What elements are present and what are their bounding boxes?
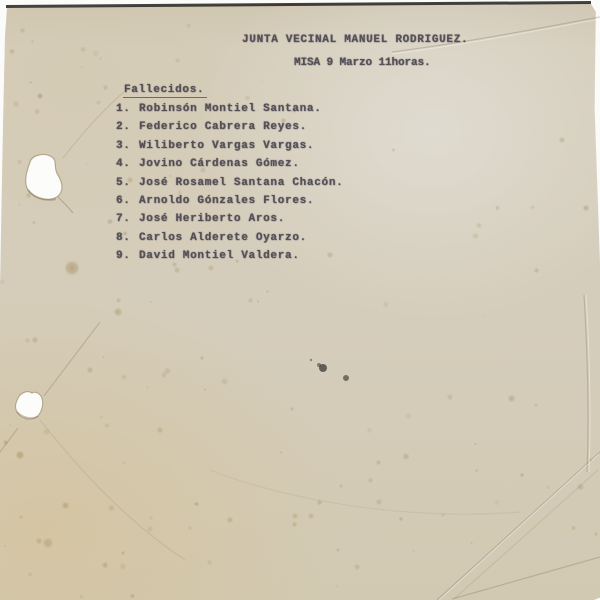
item-number: 4. — [116, 155, 131, 173]
section-title: Fallecidos. — [123, 84, 207, 98]
item-name: Carlos Alderete Oyarzo. — [139, 232, 307, 244]
item-name: David Montiel Valdera. — [139, 250, 300, 262]
deceased-list-item: 2.Federico Cabrera Reyes. — [116, 118, 343, 136]
deceased-list-item: 5.José Rosamel Santana Chacón. — [116, 174, 343, 192]
event-line: MISA 9 Marzo 11horas. — [294, 57, 431, 69]
deceased-list-item: 3.Wiliberto Vargas Vargas. — [116, 137, 343, 155]
item-number: 9. — [116, 247, 131, 265]
item-name: Jovino Cárdenas Gómez. — [139, 158, 300, 170]
scanned-document: JUNTA VECINAL MANUEL RODRIGUEZ. MISA 9 M… — [0, 0, 600, 600]
deceased-list-item: 4.Jovino Cárdenas Gómez. — [116, 155, 343, 173]
item-number: 2. — [116, 118, 131, 136]
item-number: 3. — [116, 137, 131, 155]
item-number: 5. — [116, 174, 131, 192]
item-number: 8. — [116, 229, 131, 247]
deceased-list-item: 9.David Montiel Valdera. — [116, 247, 343, 265]
item-number: 7. — [116, 210, 131, 228]
item-name: José Rosamel Santana Chacón. — [139, 177, 343, 189]
item-name: Wiliberto Vargas Vargas. — [139, 140, 314, 152]
organization-title: JUNTA VECINAL MANUEL RODRIGUEZ. — [242, 34, 468, 46]
item-name: Federico Cabrera Reyes. — [139, 121, 307, 133]
deceased-list: 1.Robinsón Montiel Santana. 2.Federico C… — [116, 100, 343, 266]
item-number: 6. — [116, 192, 131, 210]
deceased-list-item: 8.Carlos Alderete Oyarzo. — [116, 229, 343, 247]
deceased-list-item: 1.Robinsón Montiel Santana. — [116, 100, 343, 118]
item-number: 1. — [116, 100, 131, 118]
item-name: Arnoldo Gónzales Flores. — [139, 195, 314, 207]
deceased-list-item: 6.Arnoldo Gónzales Flores. — [116, 192, 343, 210]
item-name: José Heriberto Aros. — [139, 213, 285, 225]
item-name: Robinsón Montiel Santana. — [139, 103, 322, 115]
paper-sheet — [0, 0, 600, 600]
deceased-list-item: 7.José Heriberto Aros. — [116, 210, 343, 228]
